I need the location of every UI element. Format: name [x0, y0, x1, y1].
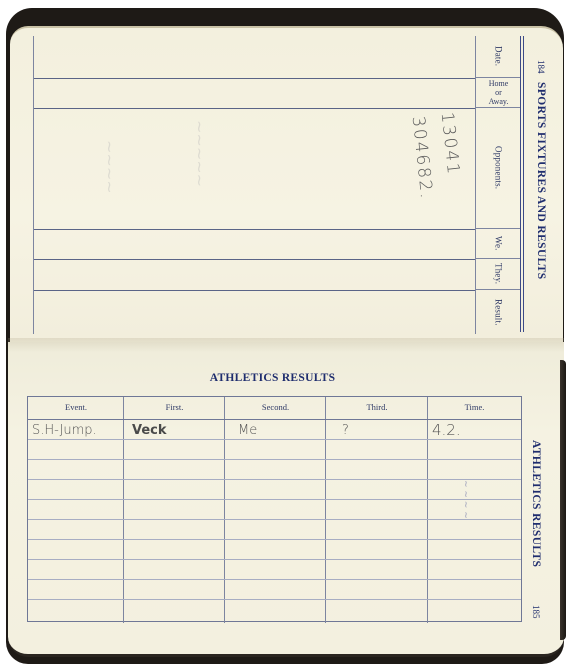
spine-gutter: [8, 338, 564, 352]
running-head-185: ATHLETICS RESULTS 185: [526, 440, 546, 620]
header-first: First.: [124, 397, 225, 417]
cell-event: S.H-Jump.: [32, 420, 124, 440]
running-head-title: ATHLETICS RESULTS: [530, 440, 542, 567]
page-number-184: 184: [536, 60, 546, 74]
row-divider: [34, 229, 476, 230]
page-number-185: 185: [531, 605, 541, 619]
header-date: Date.: [476, 36, 521, 78]
row-divider: [28, 459, 521, 460]
header-second: Second.: [225, 397, 326, 417]
row-divider: [34, 108, 476, 109]
bleed-through-text: ~~~~~: [190, 120, 209, 187]
row-divider: [28, 519, 521, 520]
running-head-184: 184 SPORTS FIXTURES AND RESULTS: [530, 60, 552, 300]
header-opponents: Opponents.: [476, 108, 521, 229]
book-edge: [560, 360, 566, 640]
row-divider: [28, 499, 521, 500]
cell-time: 4.2.: [432, 420, 518, 440]
double-rule-divider: [520, 36, 524, 332]
header-they: They.: [476, 259, 521, 290]
bleed-through-text: ~~~~: [100, 140, 119, 194]
row-divider: [34, 259, 476, 260]
row-divider: [28, 599, 521, 600]
row-divider: [34, 290, 476, 291]
row-divider: [28, 559, 521, 560]
athletics-title: ATHLETICS RESULTS: [0, 372, 545, 384]
athletics-table: Event. First. Second. Third. Time. S.H-J…: [27, 396, 522, 622]
fixtures-header-column: Date. Home or Away. Opponents. We. They.…: [475, 36, 520, 334]
header-we: We.: [476, 229, 521, 259]
cell-second: Me: [238, 420, 326, 440]
header-event: Event.: [28, 397, 124, 417]
faint-blue-marks: ~ ~ ~ ~: [460, 480, 470, 519]
cell-first: Veck: [132, 420, 224, 440]
cell-third: ?: [342, 420, 422, 440]
row-divider: [28, 539, 521, 540]
running-head-title: SPORTS FIXTURES AND RESULTS: [535, 82, 547, 280]
header-time: Time.: [428, 397, 521, 417]
row-divider: [34, 78, 476, 79]
header-home-or-away: Home or Away.: [476, 78, 521, 108]
row-divider: [28, 579, 521, 580]
header-third: Third.: [326, 397, 428, 417]
row-divider: [28, 479, 521, 480]
header-result: Result.: [476, 290, 521, 334]
